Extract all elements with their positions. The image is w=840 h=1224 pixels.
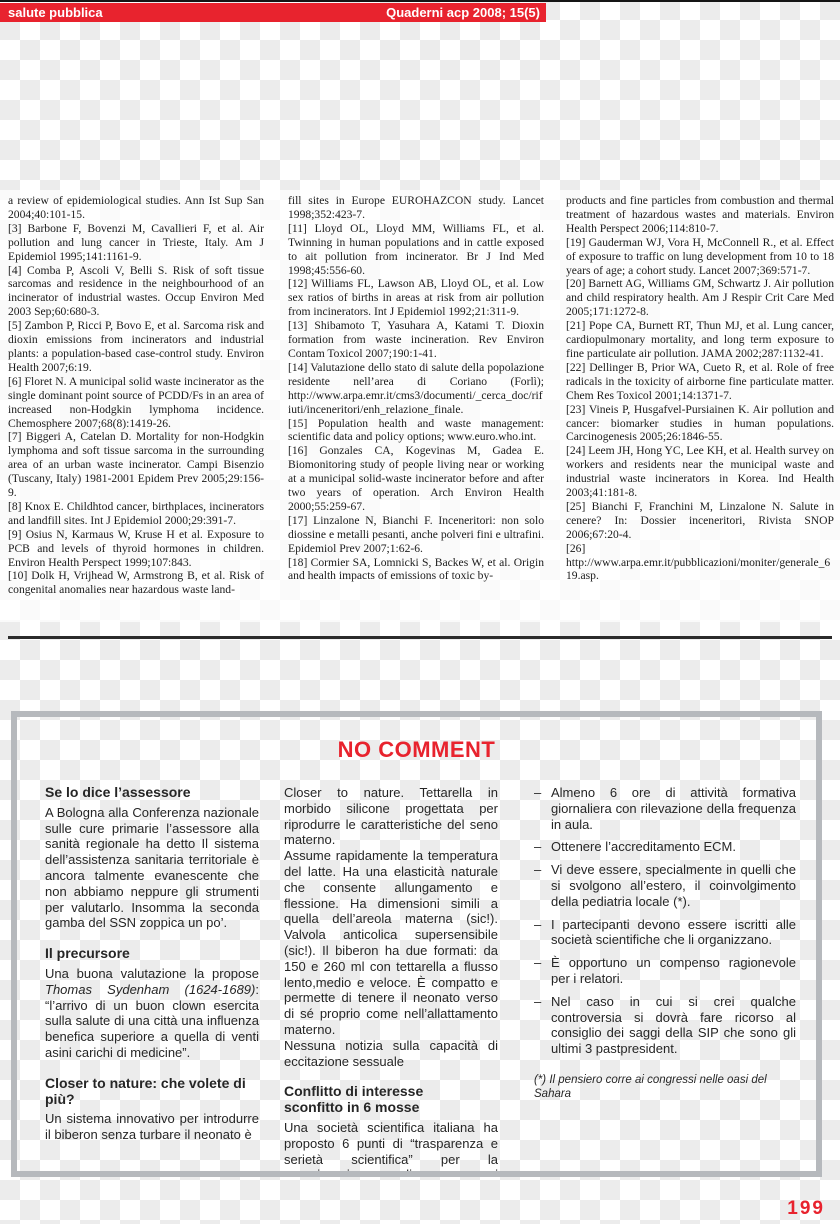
reference-entry: [5] Zambon P, Ricci P, Bovo E, et al. Sa…	[8, 319, 264, 375]
paragraph-precursore-italic: Thomas Sydenham (1624-1689)	[45, 982, 255, 997]
reference-entry: [12] Williams FL, Lawson AB, Lloyd OL, e…	[288, 277, 544, 319]
paragraph-precursore-pre: Una buona valutazione la propose	[45, 966, 259, 981]
references-column-3: products and fine particles from combust…	[566, 194, 834, 597]
congress-rule-item: Almeno 6 ore di attività formativa giorn…	[534, 785, 796, 832]
subheading-conflitto-line2: sconfitto in 6 mosse	[284, 1099, 419, 1115]
no-comment-box: NO COMMENT Se lo dice l’assessore A Bolo…	[11, 711, 822, 1177]
subheading-precursore: Il precursore	[45, 946, 259, 962]
paragraph-assume: Assume rapidamente la temperatura del la…	[284, 848, 498, 1038]
reference-entry: [21] Pope CA, Burnett RT, Thun MJ, et al…	[566, 319, 834, 361]
congress-rule-item: Nel caso in cui si crei qualche controve…	[534, 994, 796, 1057]
footnote-sahara: (*) Il pensiero corre ai congressi nelle…	[534, 1073, 796, 1101]
congress-rule-item: Vi deve essere, specialmente in quelli c…	[534, 862, 796, 909]
reference-entry: [15] Population health and waste managem…	[288, 417, 544, 445]
subheading-conflitto-line1: Conflitto di interesse	[284, 1083, 423, 1099]
no-comment-title: NO COMMENT	[17, 737, 816, 763]
paragraph-assessore: A Bologna alla Conferenza nazionale sull…	[45, 805, 259, 931]
journal-page: salute pubblica Quaderni acp 2008; 15(5)…	[0, 0, 840, 1224]
reference-entry: [10] Dolk H, Vrijhead W, Armstrong B, et…	[8, 569, 264, 597]
reference-entry: [9] Osius N, Karmaus W, Kruse H et al. E…	[8, 528, 264, 570]
reference-entry: [3] Barbone F, Bovenzi M, Cavallieri F, …	[8, 222, 264, 264]
reference-entry: [25] Bianchi F, Franchini M, Linzalone N…	[566, 500, 834, 542]
reference-entry: [13] Shibamoto T, Yasuhara A, Katami T. …	[288, 319, 544, 361]
no-comment-column-1: Se lo dice l’assessore A Bologna alla Co…	[45, 785, 259, 1177]
reference-entry: [14] Valutazione dello stato di salute d…	[288, 361, 544, 417]
congress-rule-item: Ottenere l’accreditamento ECM.	[534, 839, 796, 855]
congress-rule-item: È opportuno un compenso ragionevole per …	[534, 955, 796, 987]
paragraph-precursore: Una buona valutazione la propose Thomas …	[45, 966, 259, 1061]
reference-entry: [26] http://www.arpa.emr.it/pubblicazion…	[566, 542, 834, 584]
reference-entry: [17] Linzalone N, Bianchi F. Inceneritor…	[288, 514, 544, 556]
reference-entry: [6] Floret N. A municipal solid waste in…	[8, 375, 264, 431]
reference-entry: [4] Comba P, Ascoli V, Belli S. Risk of …	[8, 264, 264, 320]
no-comment-column-2: Closer to nature. Tettarella in morbido …	[284, 785, 498, 1177]
journal-issue-label: Quaderni acp 2008; 15(5)	[386, 5, 540, 20]
reference-entry: fill sites in Europe EUROHAZCON study. L…	[288, 194, 544, 222]
reference-entry: [8] Knox E. Childhtod cancer, birthplace…	[8, 500, 264, 528]
subheading-conflitto: Conflitto di interessesconfitto in 6 mos…	[284, 1084, 498, 1116]
subheading-closer-to-nature: Closer to nature: che volete di più?	[45, 1076, 259, 1108]
paragraph-nessuna-notizia: Nessuna notizia sulla capacità di eccita…	[284, 1038, 498, 1070]
subheading-assessore: Se lo dice l’assessore	[45, 785, 259, 801]
paragraph-societa-scientifica: Una società scientifica italiana ha prop…	[284, 1120, 498, 1177]
congress-rules-list: Almeno 6 ore di attività formativa giorn…	[534, 785, 796, 1057]
references-column-2: fill sites in Europe EUROHAZCON study. L…	[288, 194, 544, 597]
reference-entry: [20] Barnett AG, Williams GM, Schwartz J…	[566, 277, 834, 319]
no-comment-columns: Se lo dice l’assessore A Bologna alla Co…	[45, 785, 796, 1177]
top-border-line	[0, 0, 840, 2]
horizontal-divider	[8, 636, 832, 639]
reference-entry: [18] Cormier SA, Lomnicki S, Backes W, e…	[288, 556, 544, 584]
reference-entry: [11] Lloyd OL, Lloyd MM, Williams FL, et…	[288, 222, 544, 278]
reference-entry: [22] Dellinger B, Prior WA, Cueto R, et …	[566, 361, 834, 403]
reference-entry: [7] Biggeri A, Catelan D. Mortality for …	[8, 430, 264, 500]
reference-entry: [23] Vineis P, Husgafvel-Pursiainen K. A…	[566, 403, 834, 445]
page-number: 199	[787, 1198, 825, 1220]
section-title: salute pubblica	[8, 5, 103, 20]
reference-entry: a review of epidemiological studies. Ann…	[8, 194, 264, 222]
reference-entry: [19] Gauderman WJ, Vora H, McConnell R.,…	[566, 236, 834, 278]
paragraph-tettarella: Closer to nature. Tettarella in morbido …	[284, 785, 498, 848]
section-header-bar: salute pubblica Quaderni acp 2008; 15(5)	[0, 3, 546, 22]
reference-entry: [24] Leem JH, Hong YC, Lee KH, et al. He…	[566, 444, 834, 500]
congress-rule-item: I partecipanti devono essere iscritti al…	[534, 917, 796, 949]
paragraph-biberon: Un sistema innovativo per introdurre il …	[45, 1111, 259, 1143]
references-column-1: a review of epidemiological studies. Ann…	[8, 194, 264, 597]
no-comment-column-3: Almeno 6 ore di attività formativa giorn…	[534, 785, 796, 1177]
reference-entry: [16] Gonzales CA, Kogevinas M, Gadea E. …	[288, 444, 544, 514]
references-section: a review of epidemiological studies. Ann…	[8, 194, 834, 597]
reference-entry: products and fine particles from combust…	[566, 194, 834, 236]
